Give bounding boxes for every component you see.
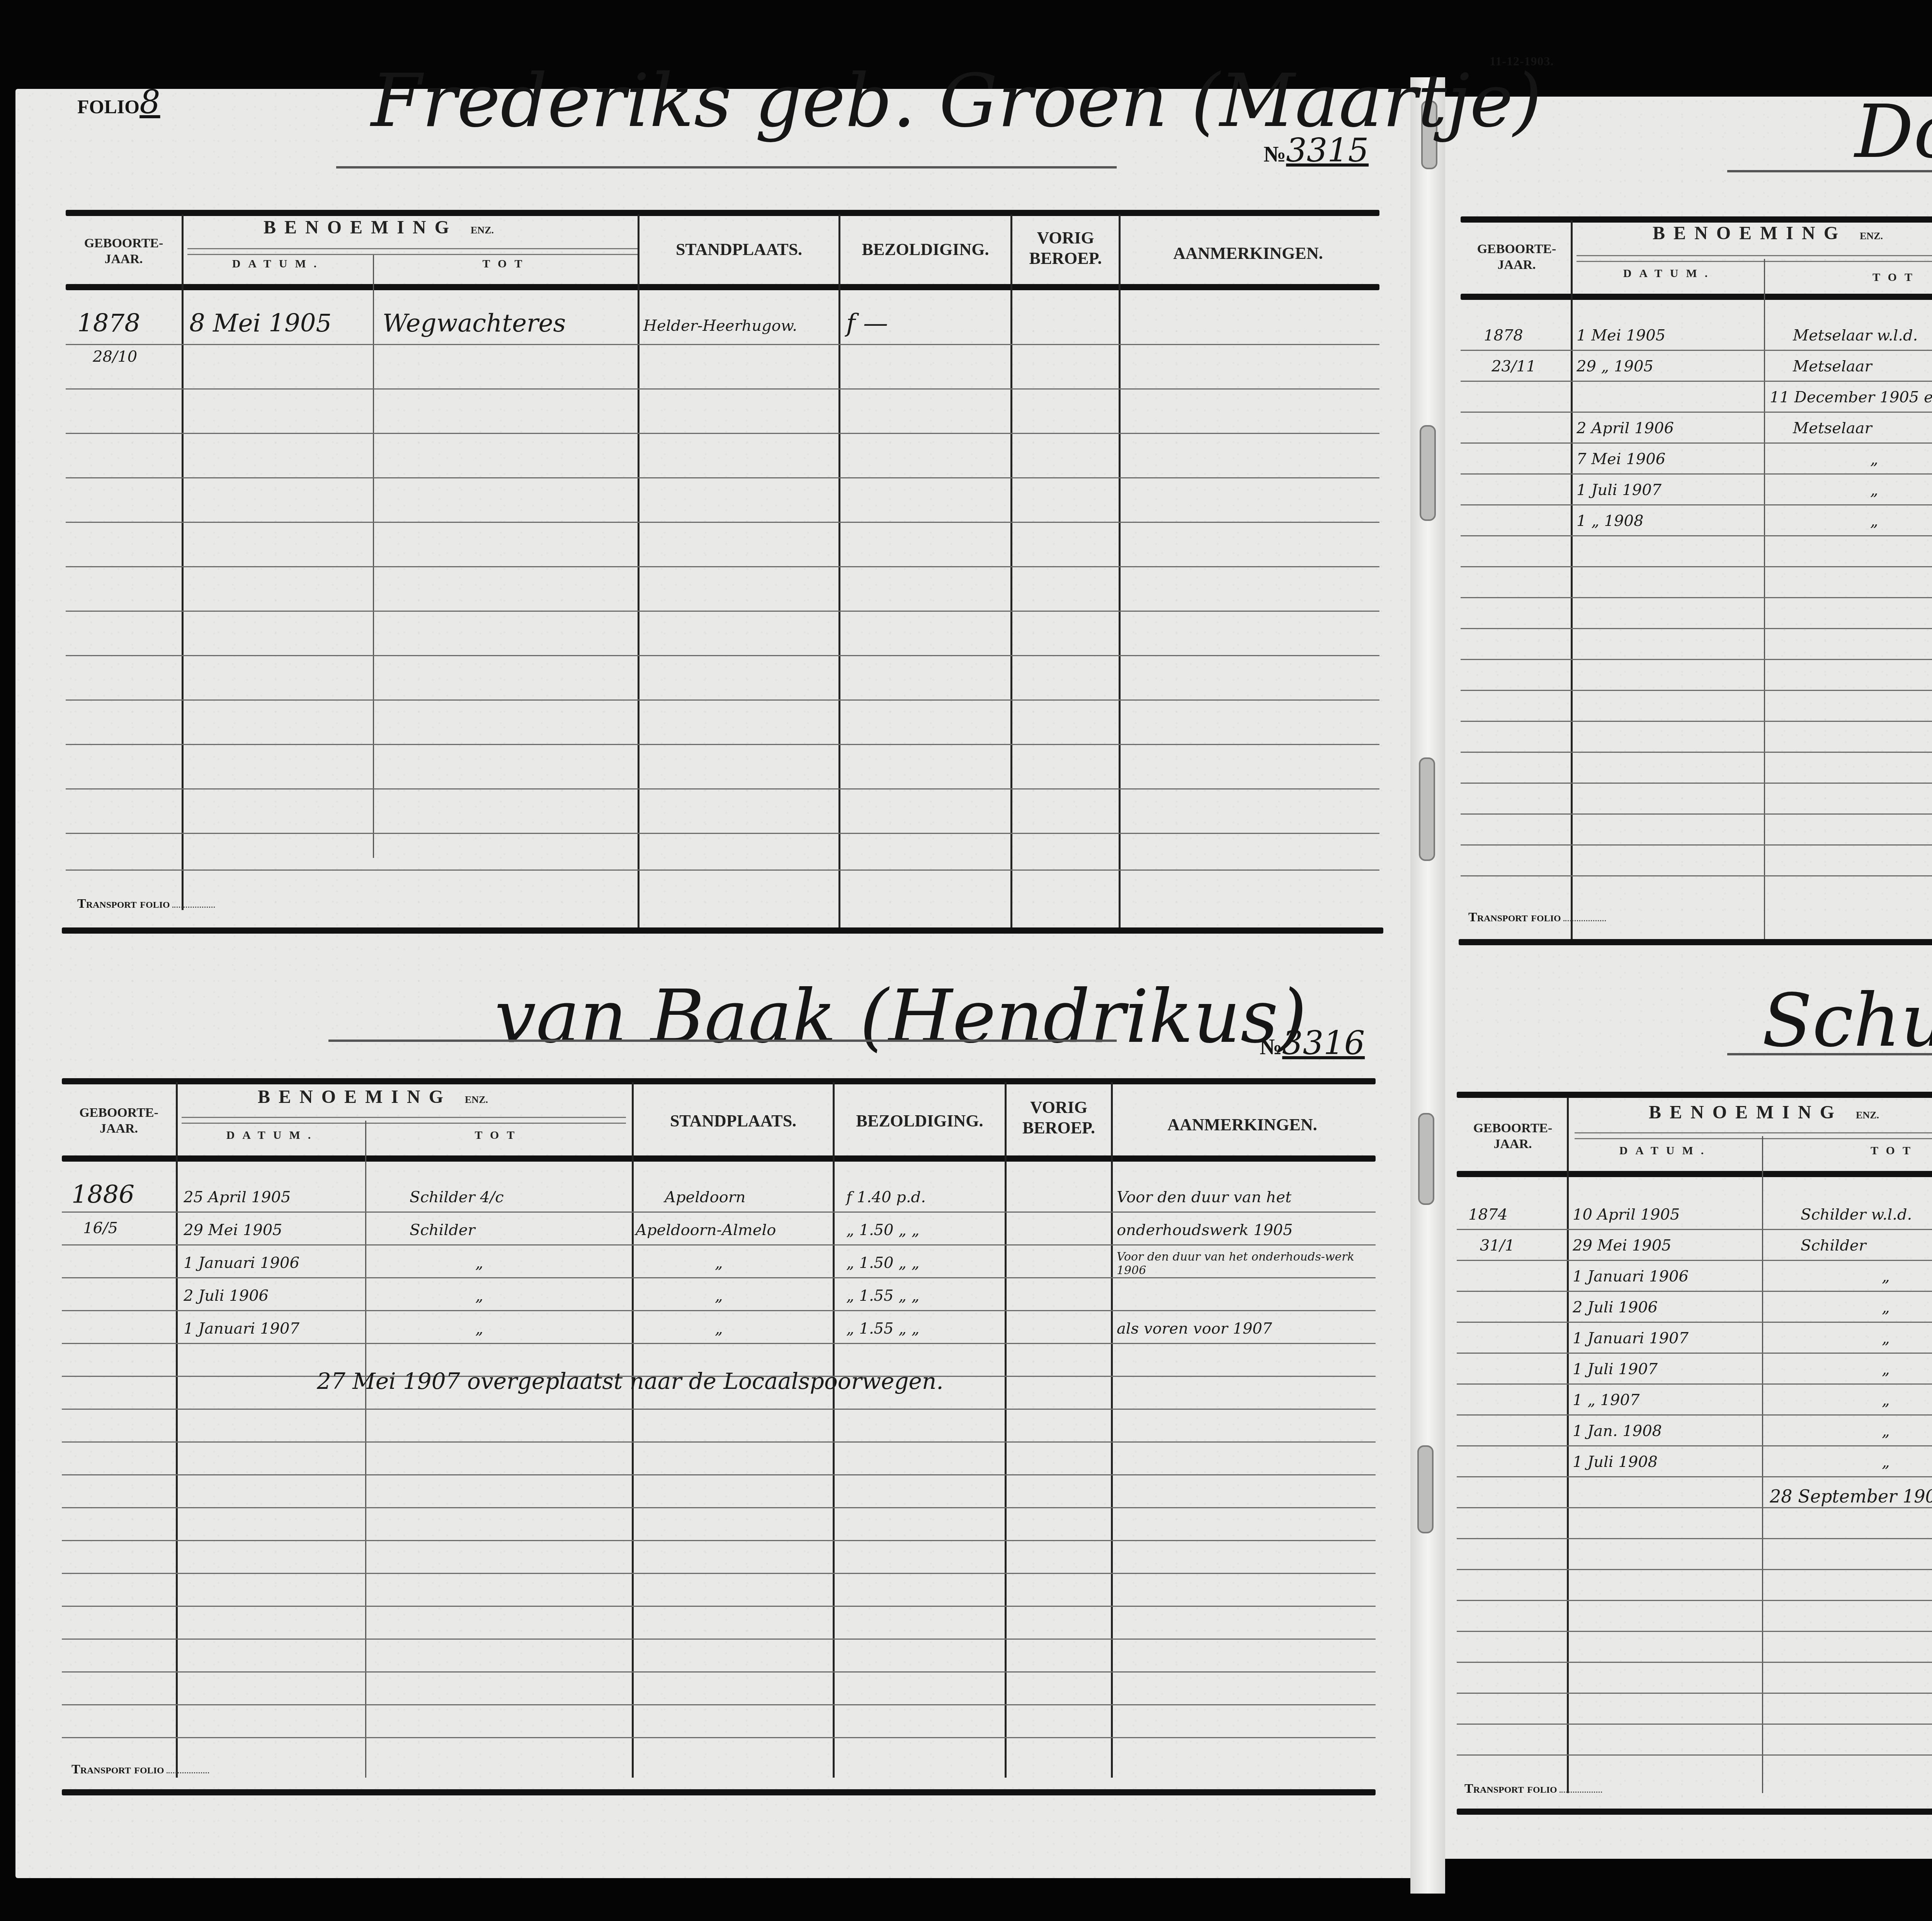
folio-number: 8 (139, 83, 160, 121)
cell-datum: 1 Juli 1907 (1573, 1360, 1658, 1378)
benoeming-double-rule (187, 248, 639, 255)
cell-bezoldiging: „ 1.55 „ „ (846, 1287, 919, 1305)
cell-tot: Schilder (1801, 1237, 1866, 1254)
benoeming-label: BENOEMING (1653, 223, 1847, 243)
header-bezoldiging: BEZOLDIGING. (835, 1111, 1005, 1132)
header-bezoldiging: BEZOLDIGING. (840, 240, 1010, 260)
entry-name: Dorlijn (Lourens) (1855, 89, 1932, 174)
header-tot: TOT (367, 1128, 630, 1142)
header-datum: DATUM. (1571, 1144, 1760, 1158)
entry-number: №3315 (1264, 131, 1369, 169)
cell-tot: „ (1882, 1268, 1890, 1285)
cell-bezoldiging: f — (846, 309, 888, 338)
table-bottom-border (1457, 1809, 1932, 1815)
binding-stitch (1417, 1445, 1434, 1533)
table-top-border (1461, 216, 1932, 223)
cell-tot: „ (475, 1254, 483, 1272)
transport-folio: Transport folio (71, 1762, 209, 1777)
header-benoeming: BENOEMING ENZ. (180, 1086, 566, 1108)
cell-datum: 8 Mei 1905 (189, 309, 332, 338)
date-stamp: 11-12-1903. (1490, 54, 1554, 68)
birth-year: 1878 (77, 309, 140, 338)
header-benoeming: BENOEMING ENZ. (1571, 1101, 1932, 1124)
cell-tot: „ (1882, 1360, 1890, 1378)
cell-datum: 1 „ 1908 (1577, 512, 1643, 530)
cell-datum: 1 Januari 1907 (184, 1320, 299, 1337)
header-geboortejaar: GEBOORTE- JAAR. (1461, 1121, 1565, 1152)
cell-datum: 1 Januari 1906 (1573, 1268, 1689, 1285)
cell-tot: „ (1870, 481, 1878, 499)
header-bottom-border (66, 284, 1379, 290)
cell-datum: 29 Mei 1905 (1573, 1237, 1672, 1254)
birth-year: 1874 (1468, 1206, 1508, 1223)
benoeming-suffix: ENZ. (471, 225, 494, 236)
cell-tot: „ (1870, 512, 1878, 530)
column-divider (365, 1121, 366, 1778)
benoeming-label: BENOEMING (258, 1087, 452, 1107)
cell-datum: 25 April 1905 (184, 1188, 291, 1206)
table-bottom-border (62, 927, 1383, 934)
entry-name: Frederiks geb. Groen (Maartje) (371, 58, 1542, 143)
birth-date: 16/5 (83, 1219, 118, 1237)
number-label: № (1260, 1034, 1282, 1059)
benoeming-suffix: ENZ. (1860, 230, 1883, 242)
name-underline (1727, 170, 1932, 172)
header-datum: DATUM. (180, 1128, 365, 1142)
table-bottom-border (62, 1789, 1376, 1795)
entry-name: van Baak (Hendrikus) (495, 974, 1307, 1059)
header-bottom-border (1457, 1171, 1932, 1177)
header-aanmerkingen: AANMERKINGEN. (1113, 1115, 1372, 1135)
birth-date: 28/10 (93, 348, 137, 366)
transport-folio: Transport folio (1468, 910, 1606, 925)
header-tot: TOT (375, 257, 638, 271)
cell-standplaats: „ (715, 1287, 723, 1305)
column-divider (182, 214, 184, 910)
header-vorig-beroep: VORIG BEROEP. (1007, 1097, 1111, 1138)
cell-tot: „ (1870, 450, 1878, 468)
header-datum: DATUM. (1575, 267, 1764, 281)
binding-stitch (1420, 425, 1436, 521)
cell-datum: 1 Juli 1908 (1573, 1453, 1658, 1471)
cell-tot: Schilder 4/c (410, 1188, 504, 1206)
table-top-border (1457, 1092, 1932, 1098)
header-datum: DATUM. (185, 257, 371, 271)
cell-datum: 1 Juli 1907 (1577, 481, 1662, 499)
benoeming-double-rule (1575, 1132, 1932, 1139)
header-geboortejaar: GEBOORTE- JAAR. (68, 236, 180, 267)
name-underline (336, 166, 1117, 168)
cell-aanmerkingen: als voren voor 1907 (1117, 1320, 1272, 1337)
table-top-border (62, 1078, 1376, 1084)
column-divider (833, 1082, 835, 1778)
header-standplaats: STANDPLAATS. (634, 1111, 833, 1132)
entry-number: №3316 (1260, 1024, 1365, 1062)
cell-tot: Schilder w.l.d. (1801, 1206, 1912, 1223)
benoeming-suffix: ENZ. (1856, 1109, 1879, 1121)
cell-datum: 10 April 1905 (1573, 1206, 1680, 1223)
cell-tot: Wegwachteres (383, 309, 566, 338)
header-bottom-border (1461, 294, 1932, 300)
birth-date: 23/11 (1492, 357, 1536, 375)
cell-tot: 11 December 1905 eervol ontslagen. (1770, 388, 1932, 406)
cell-aanmerkingen: onderhoudswerk 1905 (1117, 1221, 1293, 1239)
column-divider (1111, 1082, 1113, 1778)
number-value: 3316 (1282, 1024, 1365, 1062)
discharge-note: 28 September 1908 eervol ontslagen. (1770, 1486, 1932, 1507)
birth-year: 1878 (1484, 327, 1523, 344)
header-tot: TOT (1766, 271, 1932, 284)
benoeming-double-rule (182, 1117, 626, 1124)
column-divider (838, 214, 840, 929)
cell-tot: Schilder (410, 1221, 475, 1239)
name-underline (328, 1040, 1117, 1042)
header-vorig-beroep: VORIG BEROEP. (1012, 228, 1119, 269)
cell-datum: 2 April 1906 (1577, 419, 1674, 437)
header-benoeming: BENOEMING ENZ. (1575, 222, 1932, 245)
header-tot: TOT (1764, 1144, 1932, 1158)
cell-tot: „ (475, 1320, 483, 1337)
benoeming-label: BENOEMING (264, 217, 457, 238)
cell-aanmerkingen: Voor den duur van het onderhouds-werk 19… (1117, 1250, 1372, 1277)
name-underline (1727, 1053, 1932, 1055)
column-divider (176, 1082, 178, 1778)
cell-datum: 2 Juli 1906 (184, 1287, 269, 1305)
cell-datum: 1 Jan. 1908 (1573, 1422, 1662, 1440)
cell-datum: 2 Juli 1906 (1573, 1298, 1658, 1316)
cell-bezoldiging: „ 1.50 „ „ (846, 1221, 919, 1239)
header-geboortejaar: GEBOORTE- JAAR. (64, 1105, 174, 1137)
benoeming-label: BENOEMING (1649, 1102, 1843, 1123)
folio-label-text: FOLIO (77, 96, 139, 117)
cell-bezoldiging: f 1.40 p.d. (846, 1188, 926, 1206)
birth-year: 1886 (71, 1181, 134, 1209)
benoeming-double-rule (1577, 255, 1932, 262)
column-divider (1762, 1136, 1763, 1793)
cell-tot: „ (1882, 1329, 1890, 1347)
cell-tot: Metselaar (1793, 419, 1872, 437)
column-divider (1005, 1082, 1007, 1778)
header-benoeming: BENOEMING ENZ. (185, 216, 572, 239)
cell-tot: „ (1882, 1453, 1890, 1471)
cell-standplaats: „ (715, 1254, 723, 1272)
cell-datum: 1 Mei 1905 (1577, 327, 1665, 344)
cell-tot: „ (475, 1287, 483, 1305)
book-spine (1410, 77, 1445, 1894)
cell-datum: 1 „ 1907 (1573, 1391, 1639, 1409)
cell-tot: Metselaar w.l.d. (1793, 327, 1918, 344)
cell-tot: „ (1882, 1422, 1890, 1440)
entry-name: Schuller (Frederik Hendrik) (1762, 978, 1932, 1063)
cell-tot: „ (1882, 1391, 1890, 1409)
transport-folio: Transport folio (1464, 1781, 1602, 1796)
table-bottom-border (1459, 939, 1932, 945)
cell-standplaats: „ (715, 1320, 723, 1337)
cell-datum: 1 Januari 1907 (1573, 1329, 1689, 1347)
cell-datum: 29 Mei 1905 (184, 1221, 282, 1239)
benoeming-suffix: ENZ. (465, 1094, 488, 1105)
column-divider (1571, 220, 1573, 943)
transport-folio: Transport folio (77, 897, 215, 911)
cell-aanmerkingen: Voor den duur van het (1117, 1188, 1291, 1206)
number-value: 3315 (1286, 131, 1369, 169)
header-aanmerkingen: AANMERKINGEN. (1121, 243, 1376, 264)
cell-tot: „ (1882, 1298, 1890, 1316)
binding-stitch (1419, 757, 1435, 861)
column-divider (1010, 214, 1012, 929)
column-divider (1764, 259, 1765, 939)
binding-stitch (1418, 1113, 1434, 1205)
transfer-note: 27 Mei 1907 overgeplaatst naar de Locaal… (317, 1368, 944, 1394)
header-geboortejaar: GEBOORTE- JAAR. (1464, 242, 1569, 273)
folio-label: FOLIO8 (77, 83, 160, 121)
header-bottom-border (62, 1155, 1376, 1162)
cell-standplaats: Apeldoorn-Almelo (636, 1221, 776, 1239)
cell-datum: 7 Mei 1906 (1577, 450, 1665, 468)
cell-standplaats: Helder-Heerhugow. (643, 317, 797, 335)
column-divider (632, 1082, 634, 1778)
birth-date: 31/1 (1480, 1237, 1515, 1254)
column-divider (1119, 214, 1121, 929)
cell-standplaats: Apeldoorn (665, 1188, 746, 1206)
number-label: № (1264, 141, 1286, 167)
column-divider (638, 214, 639, 929)
cell-datum: 29 „ 1905 (1577, 357, 1653, 375)
cell-datum: 1 Januari 1906 (184, 1254, 299, 1272)
table-top-border (66, 210, 1379, 216)
cell-tot: Metselaar (1793, 357, 1872, 375)
header-standplaats: STANDPLAATS. (639, 240, 838, 260)
column-divider (373, 255, 374, 858)
cell-bezoldiging: „ 1.50 „ „ (846, 1254, 919, 1272)
cell-bezoldiging: „ 1.55 „ „ (846, 1320, 919, 1337)
